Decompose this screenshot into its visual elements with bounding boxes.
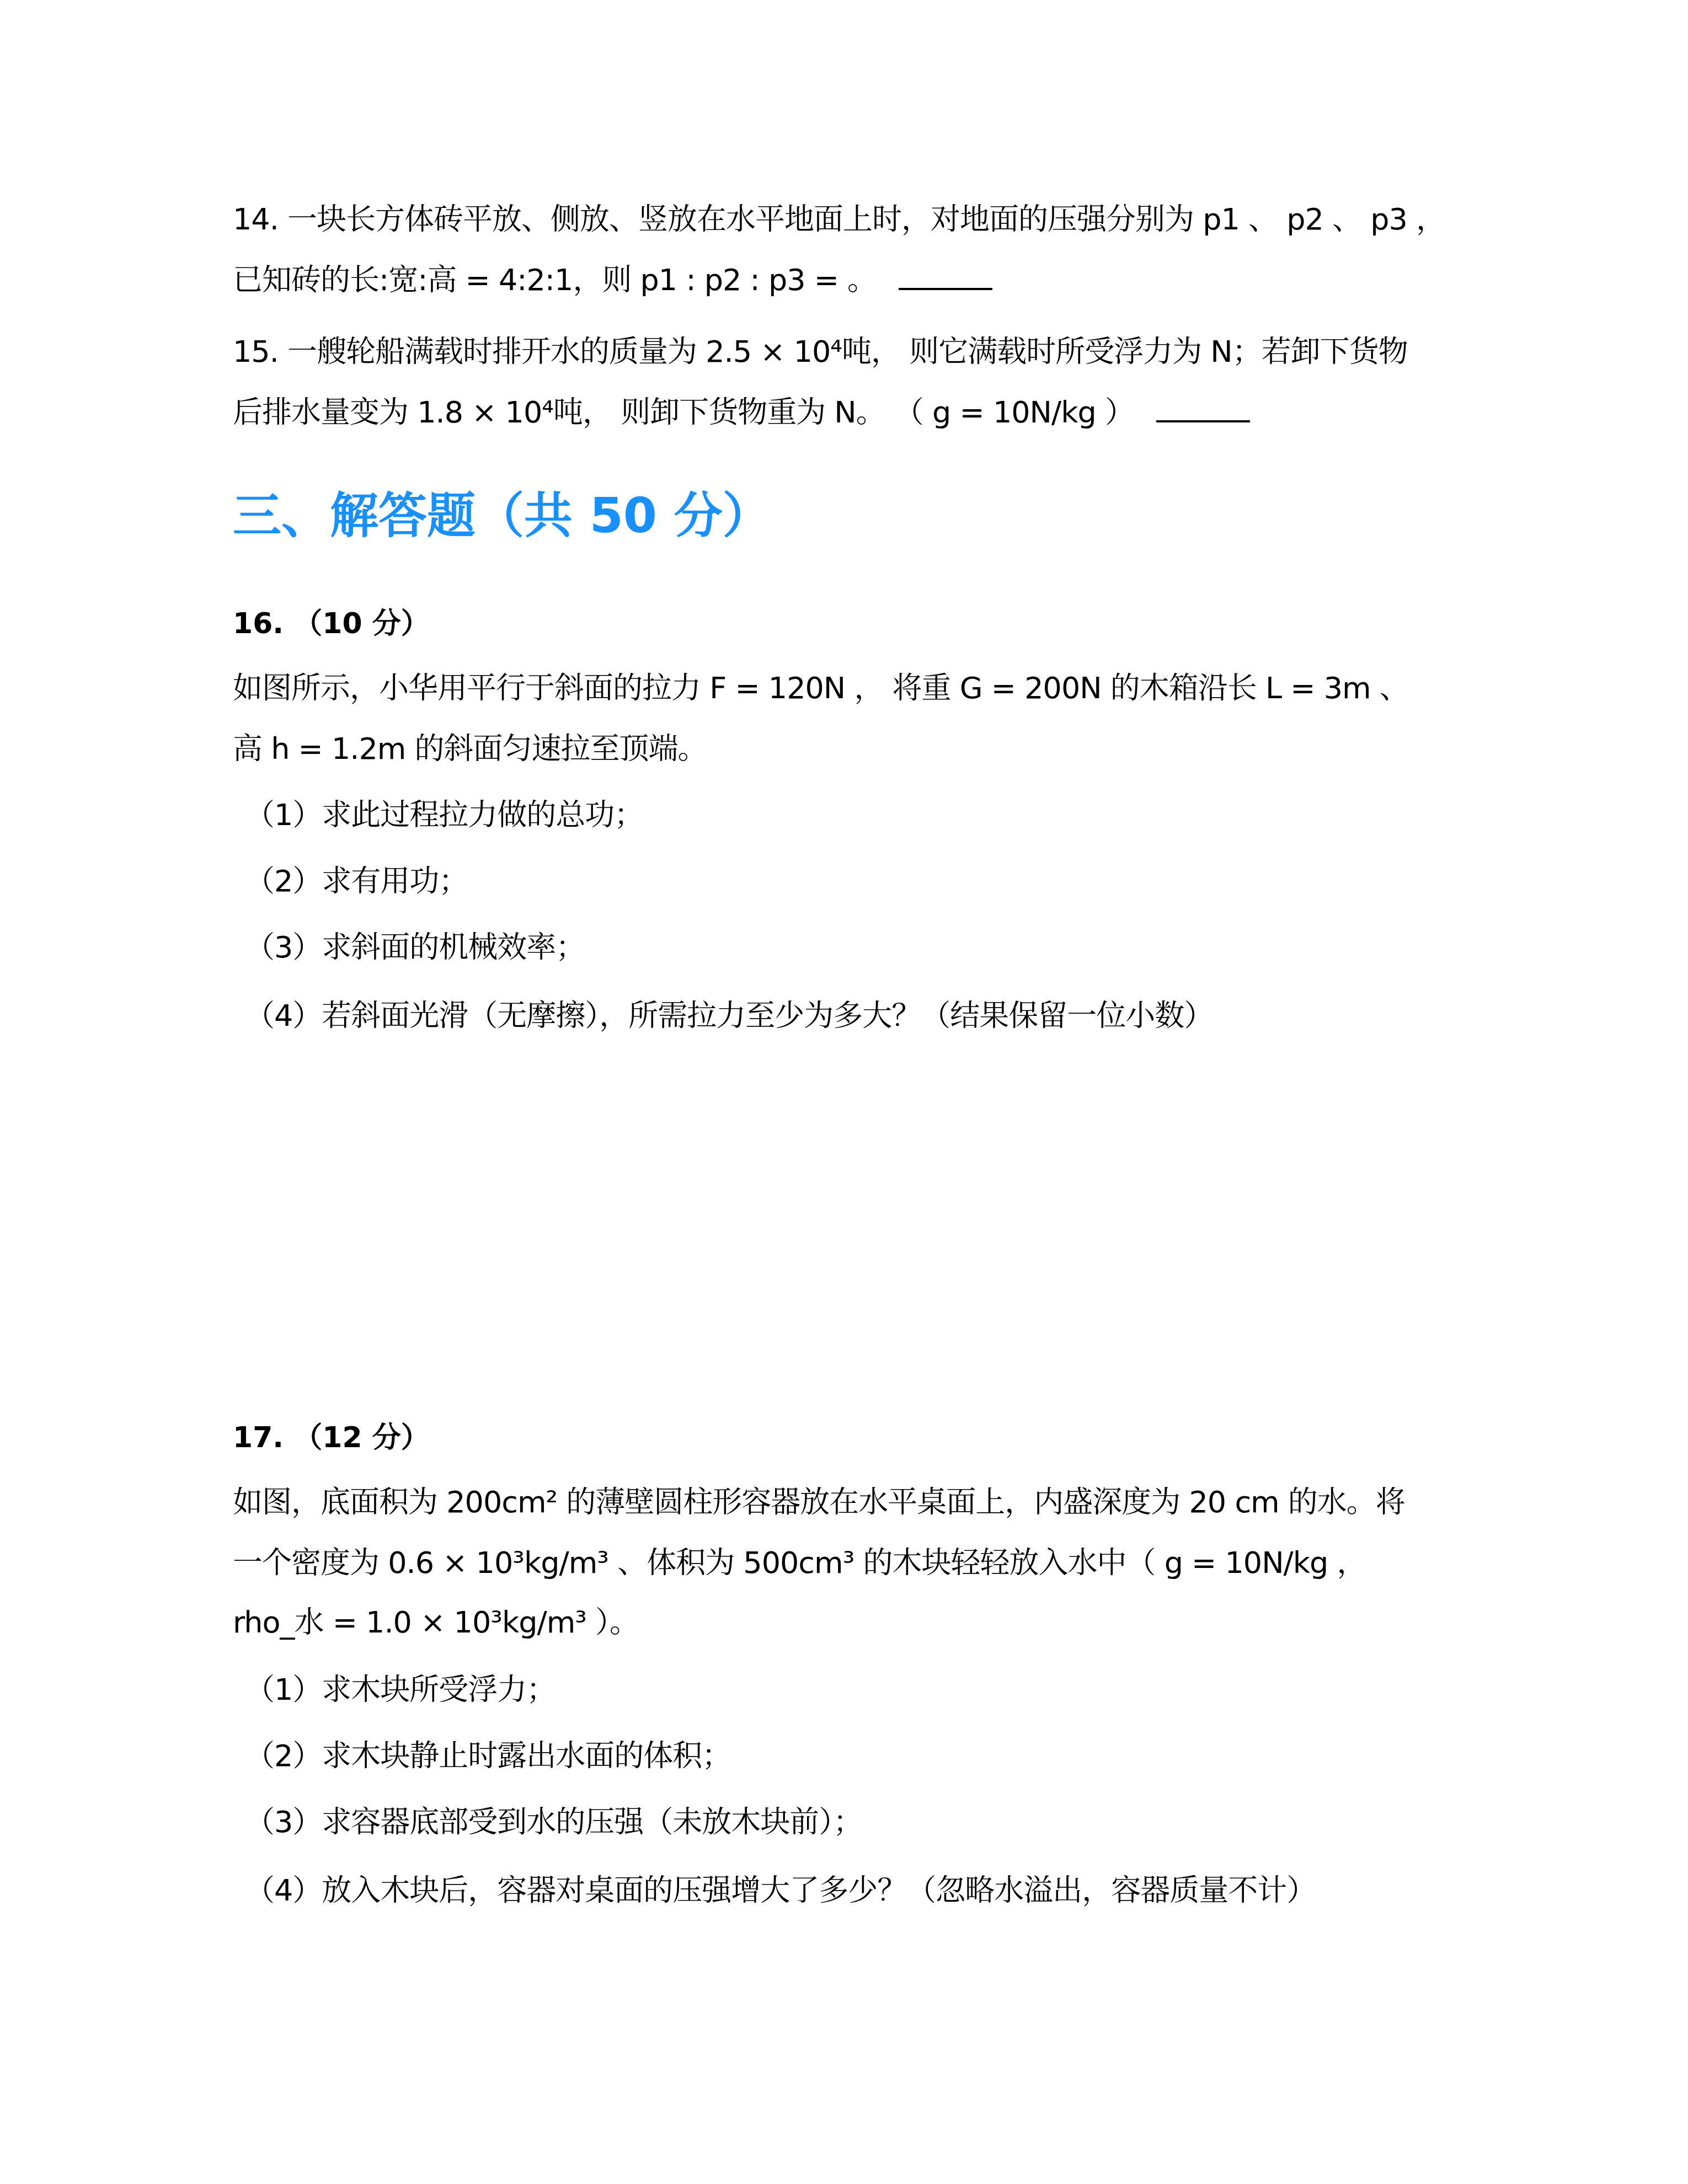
q17-part-2: （2）求木块静止时露出水面的体积； [245, 1736, 731, 1776]
q17-body-line-1: 如图，底面积为 200cm² 的薄壁圆柱形容器放在水平桌面上，内盛深度为 20 … [233, 1482, 1405, 1522]
q17-body-line-3: rho_水 = 1.0 × 10³kg/m³ ）。 [233, 1603, 639, 1642]
q16-part-4: （4）若斜面光滑（无摩擦），所需拉力至少为多大？（结果保留一位小数） [245, 996, 1213, 1036]
q14-answer-blank[interactable] [899, 288, 992, 290]
q16-part-3: （3）求斜面的机械效率； [245, 928, 585, 967]
q15-line-1: 15. 一艘轮船满载时排开水的质量为 2.5 × 10⁴吨， 则它满载时所受浮力… [233, 332, 1408, 372]
q15-answer-blank[interactable] [1156, 420, 1250, 422]
q16-title: 16. （10 分） [233, 604, 430, 643]
q14-line-2-text: 已知砖的长:宽:高 = 4:2:1，则 p1 : p2 : p3 = 。 [233, 263, 877, 297]
q17-part-1: （1）求木块所受浮力； [245, 1670, 555, 1710]
q16-part-1: （1）求此过程拉力做的总功； [245, 795, 643, 835]
q17-title: 17. （12 分） [233, 1418, 430, 1457]
q17-part-4: （4）放入木块后，容器对桌面的压强增大了多少？（忽略水溢出，容器质量不计） [245, 1871, 1316, 1910]
q14-line-2: 已知砖的长:宽:高 = 4:2:1，则 p1 : p2 : p3 = 。 [233, 260, 992, 300]
q16-part-2: （2）求有用功； [245, 861, 468, 901]
q15-line-2-text: 后排水量变为 1.8 × 10⁴吨， 则卸下货物重为 N。 （ g = 10N/… [233, 395, 1134, 430]
section-heading: 三、解答题（共 50 分） [233, 485, 771, 546]
q15-line-2: 后排水量变为 1.8 × 10⁴吨， 则卸下货物重为 N。 （ g = 10N/… [233, 393, 1250, 432]
q17-body-line-2: 一个密度为 0.6 × 10³kg/m³ 、体积为 500cm³ 的木块轻轻放入… [233, 1543, 1366, 1583]
q16-body-line-2: 高 h = 1.2m 的斜面匀速拉至顶端。 [233, 729, 707, 769]
q16-body-line-1: 如图所示，小华用平行于斜面的拉力 F = 120N ， 将重 G = 200N … [233, 668, 1409, 708]
q17-part-3: （3）求容器底部受到水的压强（未放木块前）； [245, 1802, 862, 1842]
q14-line-1: 14. 一块长方体砖平放、侧放、竖放在水平地面上时，对地面的压强分别为 p1 、… [233, 200, 1445, 239]
